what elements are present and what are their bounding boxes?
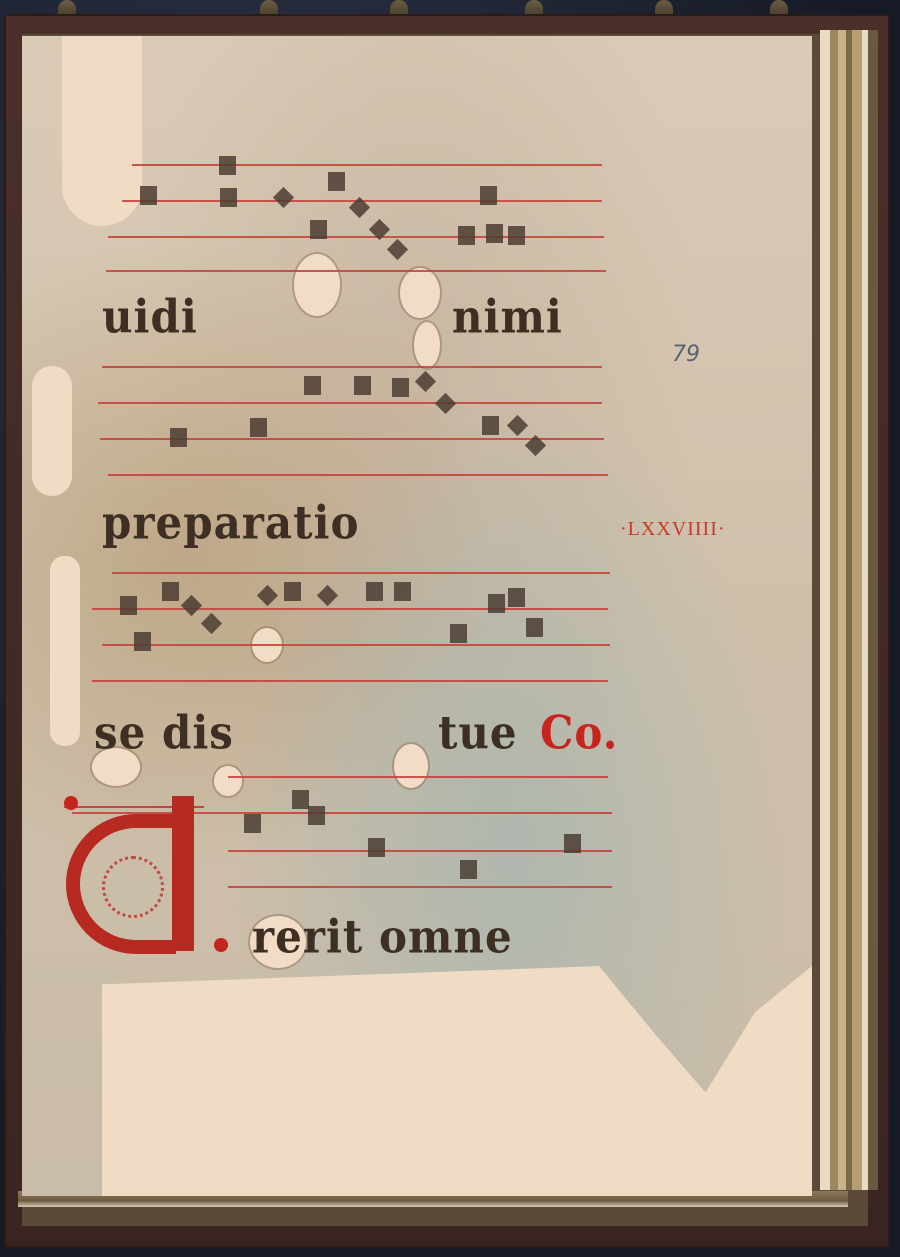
lyric-preparatio: preparatio <box>102 496 360 550</box>
neume <box>435 393 456 414</box>
neume <box>257 585 278 606</box>
neume <box>482 416 499 435</box>
lyric-tue: tue <box>438 706 518 760</box>
neume <box>250 418 267 437</box>
neume <box>317 585 338 606</box>
neume <box>488 594 505 613</box>
neume <box>201 613 222 634</box>
neume <box>508 226 525 245</box>
neume <box>458 226 475 245</box>
lyric-rerit-omne: rerit omne <box>252 910 513 964</box>
worm-hole <box>414 322 440 368</box>
neume <box>308 806 325 825</box>
neume <box>140 186 157 205</box>
neume <box>564 834 581 853</box>
neume <box>486 224 503 243</box>
paper-repair-left-2 <box>50 556 80 746</box>
neume <box>450 624 467 643</box>
illuminated-initial: D <box>64 796 214 956</box>
neume <box>181 595 202 616</box>
lyric-nimi: nimi <box>452 290 563 344</box>
page-edges <box>820 30 878 1190</box>
neume <box>328 172 345 191</box>
neume <box>508 588 525 607</box>
lyric-uidi: uidi <box>102 290 198 344</box>
paper-repair-bottom <box>102 966 812 1196</box>
lyric-co-rubric: Co. <box>540 706 618 760</box>
neume <box>120 596 137 615</box>
neume <box>366 582 383 601</box>
neume <box>415 371 436 392</box>
neume <box>392 378 409 397</box>
worm-hole <box>394 744 428 788</box>
neume <box>219 156 236 175</box>
lyric-se-dis: se dis <box>94 706 234 760</box>
neume <box>162 582 179 601</box>
paper-repair <box>62 36 142 226</box>
neume <box>273 187 294 208</box>
neume <box>394 582 411 601</box>
folio-number-pencil: 79 <box>672 342 700 367</box>
neume <box>310 220 327 239</box>
paper-repair-left <box>32 366 72 496</box>
neume <box>387 239 408 260</box>
neume <box>460 860 477 879</box>
neume <box>304 376 321 395</box>
neume <box>170 428 187 447</box>
folio-number-roman: ·LXXVIIII· <box>620 518 726 541</box>
neume <box>526 618 543 637</box>
neume <box>292 790 309 809</box>
worm-hole <box>400 268 440 318</box>
neume <box>354 376 371 395</box>
neume <box>368 838 385 857</box>
neume <box>244 814 261 833</box>
worm-hole <box>294 254 340 316</box>
neume <box>134 632 151 651</box>
neume <box>507 415 528 436</box>
manuscript-leaf: uidi nimi 79 preparatio ·LXXVIIII· <box>22 36 812 1196</box>
neume <box>220 188 237 207</box>
worm-hole <box>214 766 242 796</box>
neume <box>480 186 497 205</box>
neume <box>284 582 301 601</box>
